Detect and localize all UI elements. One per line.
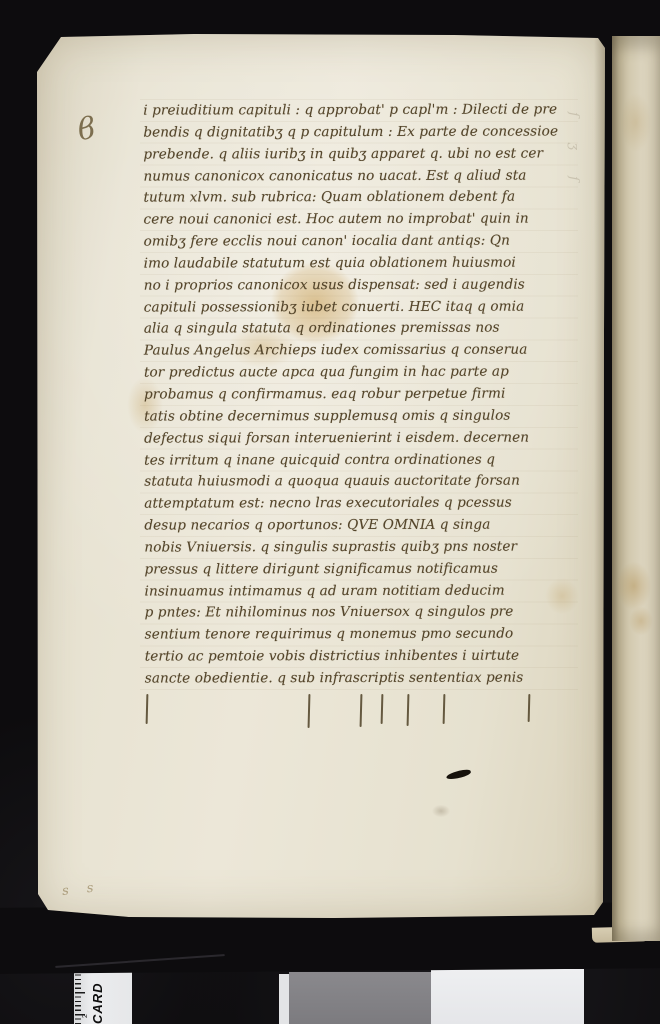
faint-smudge — [428, 802, 454, 820]
manuscript-line: sentium tenore requirimus q monemus pmo … — [145, 624, 575, 647]
calibration-card-white-patch — [431, 969, 584, 1024]
calibration-card-white-sliver — [279, 974, 289, 1024]
manuscript-line: prebende. q aliis iuribʒ in quibʒ appare… — [143, 143, 573, 166]
manuscript-line: defectus siqui forsan interuenierint i e… — [144, 427, 574, 450]
calibration-card-white-segment: CARD 2 — [74, 966, 132, 1024]
photo-stage: CARD 2 ϐ i preiuditium capituli : q appr… — [0, 0, 660, 1024]
manuscript-line: capituli possessionibʒ iubet conuerti. H… — [144, 296, 574, 319]
manuscript-line: attemptatum est: necno lras executoriale… — [144, 493, 574, 516]
descender-flourishes — [0, 694, 660, 734]
manuscript-line: p pntes: Et nihilominus nos Vniuersox q … — [145, 602, 575, 625]
manuscript-line: tutum xlvm. sub rubrica: Quam oblationem… — [143, 187, 573, 210]
manuscript-line: imo laudabile statutum est quia oblation… — [144, 252, 574, 275]
manuscript-line: tor predictus aucte apca qua fungim in h… — [144, 362, 574, 385]
bleed-through-marks: ſʒſ — [566, 112, 581, 292]
manuscript-line: pressus q littere dirigunt significamus … — [144, 558, 574, 581]
manuscript-line: alia q singula statuta q ordinationes pr… — [144, 318, 574, 341]
manuscript-line: numus canonicox canonicatus no uacat. Es… — [143, 165, 573, 188]
stain-facing-3 — [624, 600, 658, 642]
manuscript-line: insinuamus intimamus q ad uram notitiam … — [144, 580, 574, 603]
manuscript-line: omibʒ fere ecclis noui canon' iocalia da… — [144, 231, 574, 254]
calibration-card-label: CARD — [90, 968, 112, 1024]
text-block: i preiuditium capituli : q approbat' p c… — [143, 99, 575, 690]
manuscript-line: Paulus Angelus Archieps iudex comissariu… — [144, 340, 574, 363]
stain-facing-2 — [614, 80, 658, 165]
manuscript-line: sancte obedientie. q sub infrascriptis s… — [145, 667, 575, 690]
manuscript-line: probamus q confirmamus. eaq robur perpet… — [144, 383, 574, 406]
manuscript-line: no i proprios canonicox usus dispensat: … — [144, 274, 574, 297]
manuscript-line: tes irritum q inane quicquid contra ordi… — [144, 449, 574, 472]
manuscript-line: nobis Vniuersis. q singulis suprastis qu… — [144, 536, 574, 559]
manuscript-line: desup necarios q oportunos: QVE OMNIA q … — [144, 514, 574, 537]
calibration-card-number: 2 — [82, 1006, 92, 1018]
calibration-card-gray-patch — [289, 972, 431, 1024]
manuscript-line: tatis obtine decernimus supplemusq omis … — [144, 405, 574, 428]
manuscript-line: tertio ac pemtoie vobis districtius inhi… — [145, 646, 575, 669]
manuscript-line: cere noui canonici est. Hoc autem no imp… — [144, 209, 574, 232]
gutter-shadow — [594, 34, 605, 918]
manuscript-line: i preiuditium capituli : q approbat' p c… — [143, 99, 573, 122]
facing-page-edge — [612, 36, 660, 941]
manuscript-line: bendis q dignitatibʒ q p capitulum : Ex … — [143, 121, 573, 144]
manuscript-line: statuta huiusmodi a quoqua quauis auctor… — [144, 471, 574, 494]
